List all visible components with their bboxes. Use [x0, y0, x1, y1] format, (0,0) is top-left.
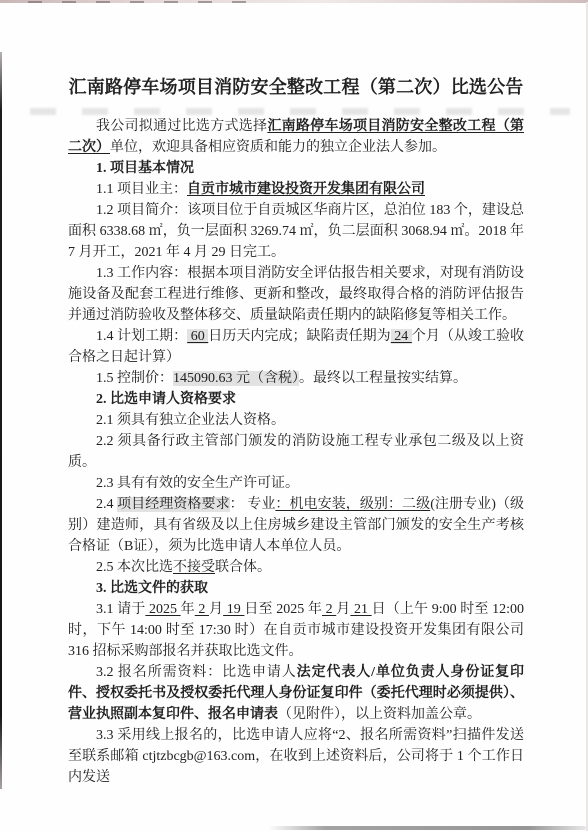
text-segment: 年 [181, 602, 195, 617]
text-segment: 我公司拟通过比选方式选择 [96, 119, 267, 134]
text-segment: 2025 [145, 602, 180, 617]
text-segment: 联合体。 [215, 560, 271, 575]
text-segment: 2.2 须具备行政主管部门颁发的消防设施工程专业承包二级及以上资质。 [68, 434, 524, 470]
text-segment: 2.1 须具有独立企业法人资格。 [96, 413, 285, 428]
document-content: 汇南路停车场项目消防安全整改工程（第二次）比选公告 我公司拟通过比选方式选择汇南… [68, 74, 524, 788]
text-segment: 24 [391, 329, 412, 344]
text-segment: 19 [223, 602, 244, 617]
text-segment: 月 [336, 602, 350, 617]
text-segment: 日至 2025 年 [244, 602, 322, 617]
item-2-1: 2.1 须具有独立企业法人资格。 [68, 410, 524, 431]
item-1-1-project-owner: 1.1 项目业主：自贡市城市建设投资开发集团有限公司 [68, 179, 524, 200]
text-segment: 1.3 工作内容：根据本项目消防安全评估报告相关要求，对现有消防设施设备及配套工… [68, 266, 524, 323]
text-segment: （见附件），以上资料加盖公章。 [278, 707, 481, 722]
text-segment: 3.3 采用线上报名的，比选申请人应将“2、报名所需资料”扫描件发送至联系邮箱 … [68, 728, 524, 785]
text-segment: ：机电安装，级别：二级 [275, 497, 430, 512]
item-1-3-work-content: 1.3 工作内容：根据本项目消防安全评估报告相关要求，对现有消防设施设备及配套工… [68, 263, 524, 326]
text-segment: 2 [322, 602, 336, 617]
text-segment: 不接受 [173, 560, 215, 575]
section-heading-3: 3. 比选文件的获取 [68, 578, 524, 599]
text-segment: 1.4 计划工期： [96, 329, 187, 344]
text-segment: 2. 比选申请人资格要求 [96, 392, 236, 407]
text-segment: 自贡市城市建设投资开发集团有限公司 [187, 182, 425, 197]
text-segment: 月 [209, 602, 223, 617]
text-segment: 1. 项目基本情况 [96, 161, 194, 176]
item-3-3-online-registration: 3.3 采用线上报名的，比选申请人应将“2、报名所需资料”扫描件发送至联系邮箱 … [68, 725, 524, 788]
scan-speckles [28, 1, 248, 3]
item-3-2-required-materials: 3.2 报名所需资料：比选申请人法定代表人/单位负责人身份证复印件、授权委托书及… [68, 662, 524, 725]
item-1-4-schedule: 1.4 计划工期： 60 日历天内完成；缺陷责任期为 24 个月（从竣工验收合格… [68, 326, 524, 368]
document-body: 我公司拟通过比选方式选择汇南路停车场项目消防安全整改工程（第二次）单位，欢迎具备… [68, 116, 524, 788]
item-1-2-project-brief: 1.2 项目简介：该项目位于自贡城区华商片区，总泊位 183 个，建设总面积 6… [68, 200, 524, 263]
item-1-5-control-price: 1.5 控制价：145090.63 元（含税）。最终以工程量按实结算。 [68, 368, 524, 389]
text-segment: 项目经理资格要求 [117, 497, 230, 512]
paragraph-intro: 我公司拟通过比选方式选择汇南路停车场项目消防安全整改工程（第二次）单位，欢迎具备… [68, 116, 524, 158]
item-2-5-no-consortium: 2.5 本次比选不接受联合体。 [68, 557, 524, 578]
scan-edge-bottom-shadow [268, 826, 586, 830]
text-segment: 。最终以工程量按实结算。 [299, 371, 467, 386]
text-segment: 21 [350, 602, 371, 617]
section-heading-1: 1. 项目基本情况 [68, 158, 524, 179]
text-segment: 日历天内完成；缺陷责任期为 [208, 329, 390, 344]
text-segment: 2.3 具有有效的安全生产许可证。 [96, 476, 299, 491]
item-2-2: 2.2 须具备行政主管部门颁发的消防设施工程专业承包二级及以上资质。 [68, 431, 524, 473]
text-segment: 1.1 项目业主： [96, 182, 187, 197]
text-segment: 2 [195, 602, 209, 617]
text-segment: 60 [187, 329, 208, 344]
text-segment: 单位，欢迎具备相应资质和能力的独立企业法人参加。 [110, 140, 446, 155]
text-segment: 3.2 报名所需资料：比选申请人 [96, 665, 297, 680]
text-segment: 3. 比选文件的获取 [96, 581, 208, 596]
scan-edge-left [0, 52, 2, 789]
item-2-3: 2.3 具有有效的安全生产许可证。 [68, 473, 524, 494]
item-2-4-project-manager: 2.4 项目经理资格要求： 专业：机电安装，级别：二级(注册专业)（级别）建造师… [68, 494, 524, 557]
item-3-1-registration-time: 3.1 请于 2025 年 2 月 19 日至 2025 年 2 月 21 日（… [68, 599, 524, 662]
text-segment: 2.5 本次比选 [96, 560, 173, 575]
text-segment: 145090.63 元（含税） [173, 371, 299, 386]
text-segment: 3.1 请于 [96, 602, 145, 617]
text-segment: 1.5 控制价： [96, 371, 173, 386]
section-heading-2: 2. 比选申请人资格要求 [68, 389, 524, 410]
scanned-document-page: 汇南路停车场项目消防安全整改工程（第二次）比选公告 我公司拟通过比选方式选择汇南… [0, 0, 588, 831]
text-segment: 2.4 [96, 497, 117, 512]
document-title: 汇南路停车场项目消防安全整改工程（第二次）比选公告 [68, 74, 524, 100]
text-segment: ： 专业 [230, 497, 276, 512]
text-segment: 1.2 项目简介：该项目位于自贡城区华商片区，总泊位 183 个，建设总面积 6… [68, 203, 524, 260]
